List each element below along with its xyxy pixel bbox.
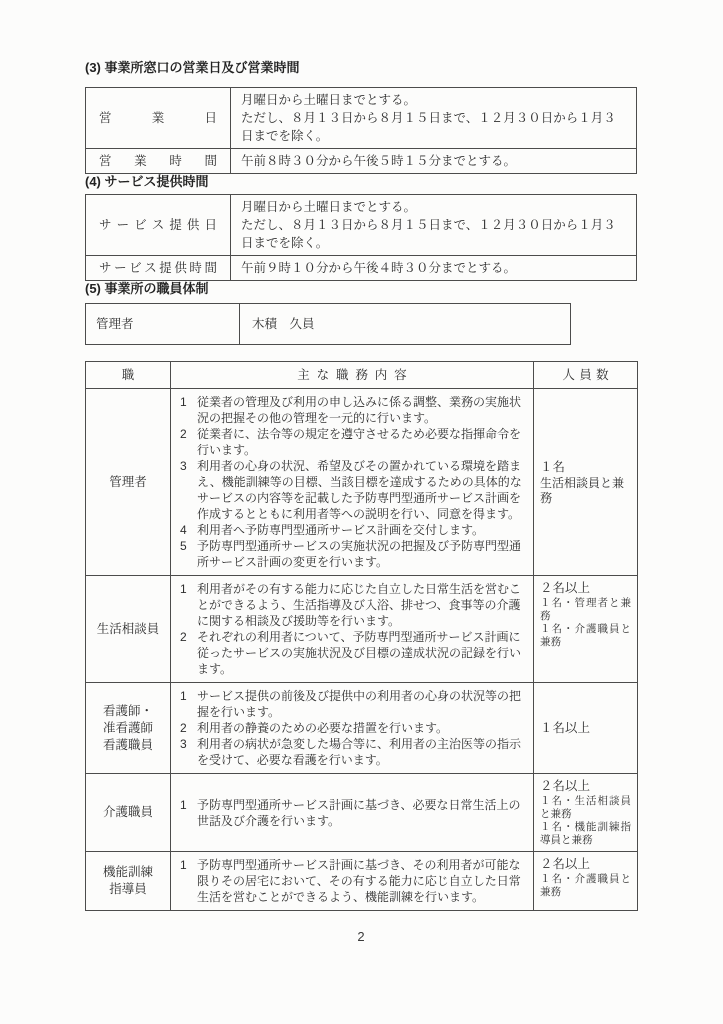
header-position: 職 bbox=[86, 362, 171, 389]
table-row: サービス提供時間 午前９時１０分から午後４時３０分までとする。 bbox=[86, 256, 637, 281]
table-row: 営業日 月曜日から土曜日までとする。 ただし、８月１３日から８月１５日まで、１２… bbox=[86, 88, 637, 149]
section-4-heading: (4) サービス提供時間 bbox=[85, 174, 637, 190]
position-label: 機能訓練 指導員 bbox=[86, 852, 171, 911]
duty-item: 従業者の管理及び利用の申し込みに係る調整、業務の実施状況の把握その他の管理を一元… bbox=[175, 394, 527, 426]
service-days-label: サービス提供日 bbox=[86, 195, 231, 256]
count-cell: １名 生活相談員と兼務 bbox=[534, 389, 638, 576]
table-row: 管理者 木積 久員 bbox=[86, 304, 571, 345]
document-page: (3) 事業所窓口の営業日及び営業時間 営業日 月曜日から土曜日までとする。 た… bbox=[0, 0, 723, 1024]
manager-table: 管理者 木積 久員 bbox=[85, 303, 571, 345]
service-time-label: サービス提供時間 bbox=[86, 256, 231, 281]
table-row-care-worker: 介護職員 予防専門型通所サービス計画に基づき、必要な日常生活上の世話及び介護を行… bbox=[86, 774, 638, 852]
position-label: 介護職員 bbox=[86, 774, 171, 852]
count-cell: １名以上 bbox=[534, 683, 638, 774]
duty-item: 従業者に、法令等の規定を遵守させるため必要な指揮命令を行います。 bbox=[175, 426, 527, 458]
table-row-nurse: 看護師・ 准看護師 看護職員 サービス提供の前後及び提供中の利用者の心身の状況等… bbox=[86, 683, 638, 774]
count-main: ２名以上 bbox=[540, 580, 631, 597]
service-hours-table: サービス提供日 月曜日から土曜日までとする。 ただし、８月１３日から８月１５日ま… bbox=[85, 194, 637, 281]
table-row-life-counselor: 生活相談員 利用者がその有する能力に応じた自立した日常生活を営むことができるよう… bbox=[86, 576, 638, 683]
manager-label: 管理者 bbox=[86, 304, 240, 345]
duty-item: サービス提供の前後及び提供中の利用者の心身の状況等の把握を行います。 bbox=[175, 688, 527, 720]
value-line: 午前８時３０分から午後５時１５分までとする。 bbox=[241, 152, 626, 170]
duty-item: 予防専門型通所サービス計画に基づき、その利用者が可能な限りその居宅において、その… bbox=[175, 857, 527, 905]
value-line: ただし、８月１３日から８月１５日まで、１２月３０日から１月３日までを除く。 bbox=[241, 216, 626, 252]
header-row: 職 主な職務内容 人員数 bbox=[86, 362, 638, 389]
table-row: 営業時間 午前８時３０分から午後５時１５分までとする。 bbox=[86, 149, 637, 174]
count-note: １名・管理者と兼務 bbox=[540, 597, 631, 623]
business-days-label: 営業日 bbox=[86, 88, 231, 149]
duties-cell: 予防専門型通所サービス計画に基づき、必要な日常生活上の世話及び介護を行います。 bbox=[171, 774, 534, 852]
count-note: １名・介護職員と兼務 bbox=[540, 623, 631, 649]
duties-list: サービス提供の前後及び提供中の利用者の心身の状況等の把握を行います。 利用者の静… bbox=[175, 688, 527, 768]
section-3-heading: (3) 事業所窓口の営業日及び営業時間 bbox=[85, 60, 637, 76]
duties-list: 予防専門型通所サービス計画に基づき、必要な日常生活上の世話及び介護を行います。 bbox=[175, 797, 527, 829]
duty-item: 予防専門型通所サービスの実施状況の把握及び予防専門型通所サービス計画の変更を行い… bbox=[175, 538, 527, 570]
duties-cell: 従業者の管理及び利用の申し込みに係る調整、業務の実施状況の把握その他の管理を一元… bbox=[171, 389, 534, 576]
count-cell: ２名以上 １名・管理者と兼務 １名・介護職員と兼務 bbox=[534, 576, 638, 683]
duties-cell: 予防専門型通所サービス計画に基づき、その利用者が可能な限りその居宅において、その… bbox=[171, 852, 534, 911]
duty-item: 利用者の心身の状況、希望及びその置かれている環境を踏まえ、機能訓練等の目標、当該… bbox=[175, 458, 527, 522]
position-label: 生活相談員 bbox=[86, 576, 171, 683]
duties-list: 利用者がその有する能力に応じた自立した日常生活を営むことができるよう、生活指導及… bbox=[175, 581, 527, 677]
value-line: 月曜日から土曜日までとする。 bbox=[241, 91, 626, 109]
table-row-function-trainer: 機能訓練 指導員 予防専門型通所サービス計画に基づき、その利用者が可能な限りその… bbox=[86, 852, 638, 911]
business-time-value: 午前８時３０分から午後５時１５分までとする。 bbox=[231, 149, 637, 174]
duty-item: 利用者の病状が急変した場合等に、利用者の主治医等の指示を受けて、必要な看護を行い… bbox=[175, 736, 527, 768]
count-cell: ２名以上 １名・生活相談員と兼務 １名・機能訓練指導員と兼務 bbox=[534, 774, 638, 852]
staff-duties-table: 職 主な職務内容 人員数 管理者 従業者の管理及び利用の申し込みに係る調整、業務… bbox=[85, 361, 638, 911]
table-row: サービス提供日 月曜日から土曜日までとする。 ただし、８月１３日から８月１５日ま… bbox=[86, 195, 637, 256]
position-label: 看護師・ 准看護師 看護職員 bbox=[86, 683, 171, 774]
duties-list: 予防専門型通所サービス計画に基づき、その利用者が可能な限りその居宅において、その… bbox=[175, 857, 527, 905]
duty-item: 利用者がその有する能力に応じた自立した日常生活を営むことができるよう、生活指導及… bbox=[175, 581, 527, 629]
value-line: 午前９時１０分から午後４時３０分までとする。 bbox=[241, 259, 626, 277]
duty-item: 利用者へ予防専門型通所サービス計画を交付します。 bbox=[175, 522, 527, 538]
service-days-value: 月曜日から土曜日までとする。 ただし、８月１３日から８月１５日まで、１２月３０日… bbox=[231, 195, 637, 256]
value-line: 月曜日から土曜日までとする。 bbox=[241, 198, 626, 216]
header-count: 人員数 bbox=[534, 362, 638, 389]
table-row-manager: 管理者 従業者の管理及び利用の申し込みに係る調整、業務の実施状況の把握その他の管… bbox=[86, 389, 638, 576]
count-cell: ２名以上 １名・介護職員と兼務 bbox=[534, 852, 638, 911]
service-time-value: 午前９時１０分から午後４時３０分までとする。 bbox=[231, 256, 637, 281]
page-number: 2 bbox=[85, 929, 637, 944]
count-main: １名 bbox=[540, 459, 631, 476]
duty-item: 予防専門型通所サービス計画に基づき、必要な日常生活上の世話及び介護を行います。 bbox=[175, 797, 527, 829]
count-main: １名以上 bbox=[540, 720, 631, 737]
manager-name: 木積 久員 bbox=[240, 304, 571, 345]
count-note: １名・機能訓練指導員と兼務 bbox=[540, 821, 631, 847]
duties-cell: サービス提供の前後及び提供中の利用者の心身の状況等の把握を行います。 利用者の静… bbox=[171, 683, 534, 774]
business-hours-table: 営業日 月曜日から土曜日までとする。 ただし、８月１３日から８月１５日まで、１２… bbox=[85, 87, 637, 174]
duty-item: それぞれの利用者について、予防専門型通所サービス計画に従ったサービスの実施状況及… bbox=[175, 629, 527, 677]
count-note: １名・介護職員と兼務 bbox=[540, 873, 631, 899]
business-days-value: 月曜日から土曜日までとする。 ただし、８月１３日から８月１５日まで、１２月３０日… bbox=[231, 88, 637, 149]
duties-list: 従業者の管理及び利用の申し込みに係る調整、業務の実施状況の把握その他の管理を一元… bbox=[175, 394, 527, 570]
duties-cell: 利用者がその有する能力に応じた自立した日常生活を営むことができるよう、生活指導及… bbox=[171, 576, 534, 683]
count-note: 生活相談員と兼務 bbox=[540, 476, 624, 506]
section-5-heading: (5) 事業所の職員体制 bbox=[85, 281, 637, 297]
document-content: (3) 事業所窓口の営業日及び営業時間 営業日 月曜日から土曜日までとする。 た… bbox=[85, 60, 637, 944]
header-duties: 主な職務内容 bbox=[171, 362, 534, 389]
duty-item: 利用者の静養のための必要な措置を行います。 bbox=[175, 720, 527, 736]
count-note: １名・生活相談員と兼務 bbox=[540, 795, 631, 821]
position-label: 管理者 bbox=[86, 389, 171, 576]
business-time-label: 営業時間 bbox=[86, 149, 231, 174]
count-main: ２名以上 bbox=[540, 778, 631, 795]
count-main: ２名以上 bbox=[540, 856, 631, 873]
value-line: ただし、８月１３日から８月１５日まで、１２月３０日から１月３日までを除く。 bbox=[241, 109, 626, 145]
